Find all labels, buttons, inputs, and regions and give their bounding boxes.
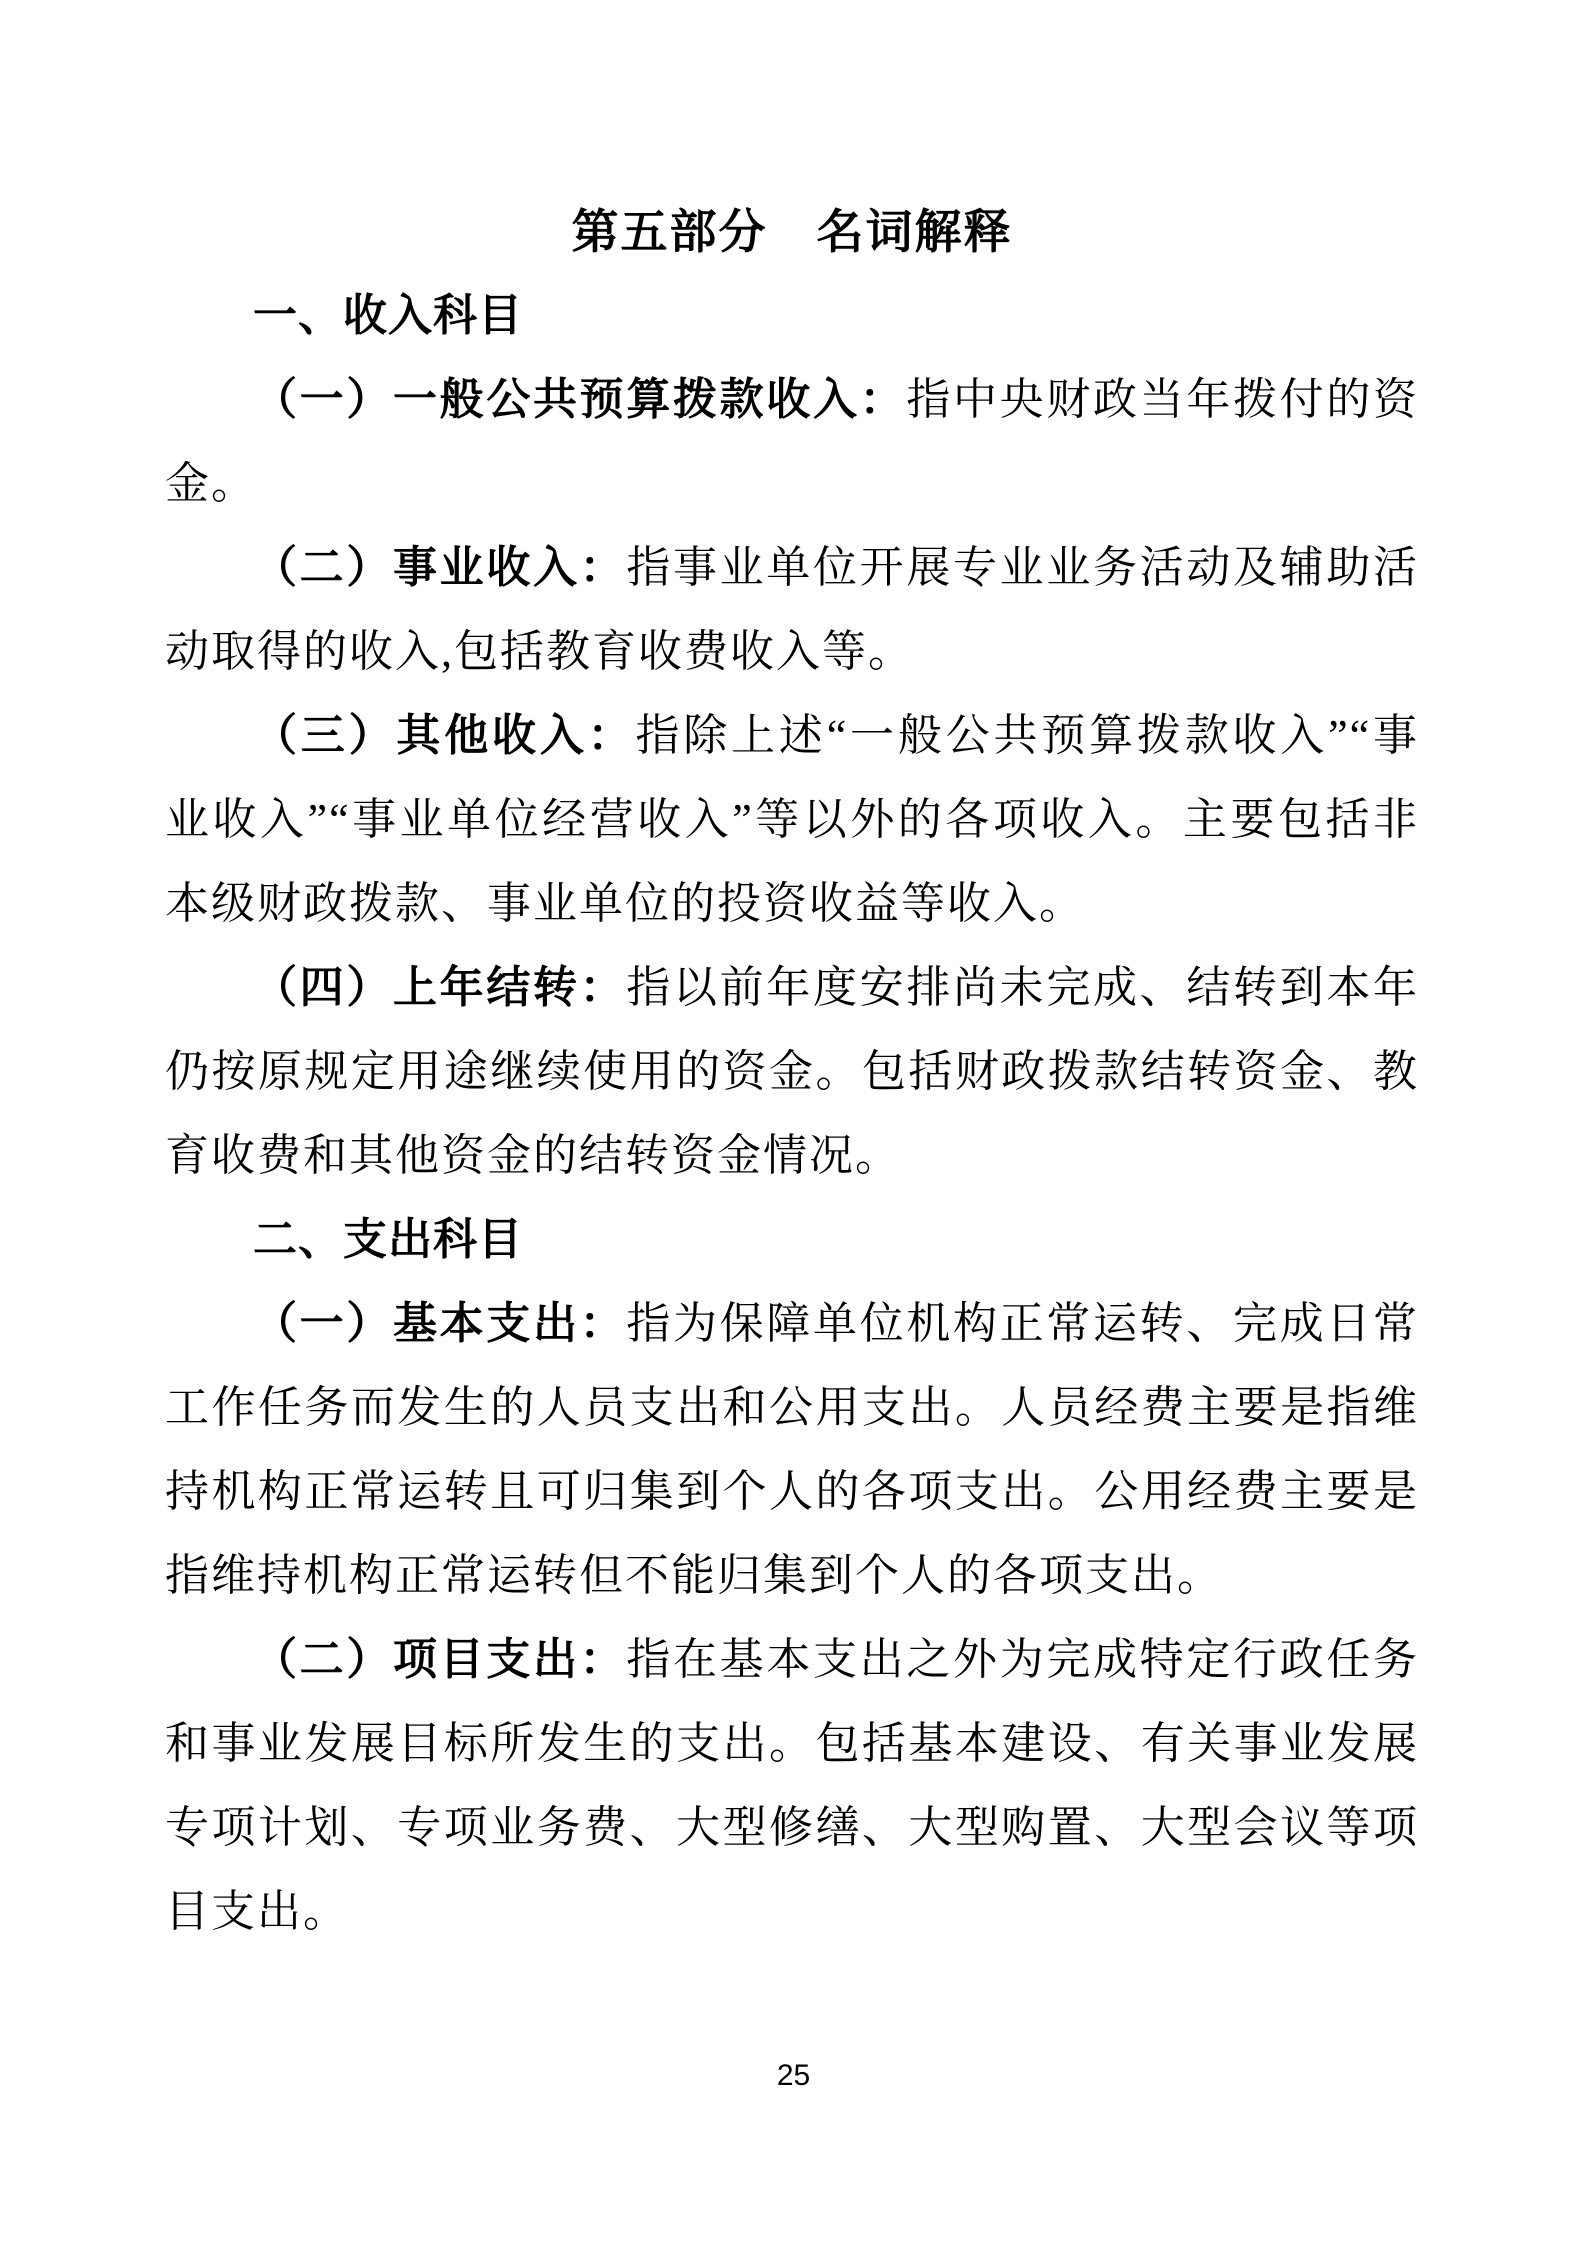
term-label: （一）基本支出：	[253, 1299, 626, 1348]
section-expenditure-heading: 二、支出科目	[165, 1198, 1419, 1282]
definition-paragraph: （四）上年结转：指以前年度安排尚未完成、结转到本年仍按原规定用途继续使用的资金。…	[165, 946, 1419, 1198]
section-income-heading: 一、收入科目	[165, 274, 1419, 358]
section-income: 一、收入科目 （一）一般公共预算拨款收入：指中央财政当年拨付的资金。 （二）事业…	[165, 274, 1419, 1198]
page-number: 25	[0, 2059, 1587, 2093]
definition-paragraph: （三）其他收入：指除上述“一般公共预算拨款收入”“事业收入”“事业单位经营收入”…	[165, 694, 1419, 946]
term-label: （二）事业收入：	[253, 543, 626, 592]
document-title: 第五部分 名词解释	[165, 190, 1419, 274]
definition-paragraph: （一）一般公共预算拨款收入：指中央财政当年拨付的资金。	[165, 358, 1419, 526]
definition-paragraph: （二）事业收入：指事业单位开展专业业务活动及辅助活动取得的收入,包括教育收费收入…	[165, 526, 1419, 694]
term-label: （一）一般公共预算拨款收入：	[253, 375, 906, 424]
definition-paragraph: （一）基本支出：指为保障单位机构正常运转、完成日常工作任务而发生的人员支出和公用…	[165, 1282, 1419, 1618]
document-page: 第五部分 名词解释 一、收入科目 （一）一般公共预算拨款收入：指中央财政当年拨付…	[0, 0, 1587, 2245]
term-label: （二）项目支出：	[253, 1635, 626, 1684]
term-label: （三）其他收入：	[253, 711, 635, 760]
section-expenditure: 二、支出科目 （一）基本支出：指为保障单位机构正常运转、完成日常工作任务而发生的…	[165, 1198, 1419, 1954]
term-label: （四）上年结转：	[253, 963, 626, 1012]
definition-paragraph: （二）项目支出：指在基本支出之外为完成特定行政任务和事业发展目标所发生的支出。包…	[165, 1618, 1419, 1954]
